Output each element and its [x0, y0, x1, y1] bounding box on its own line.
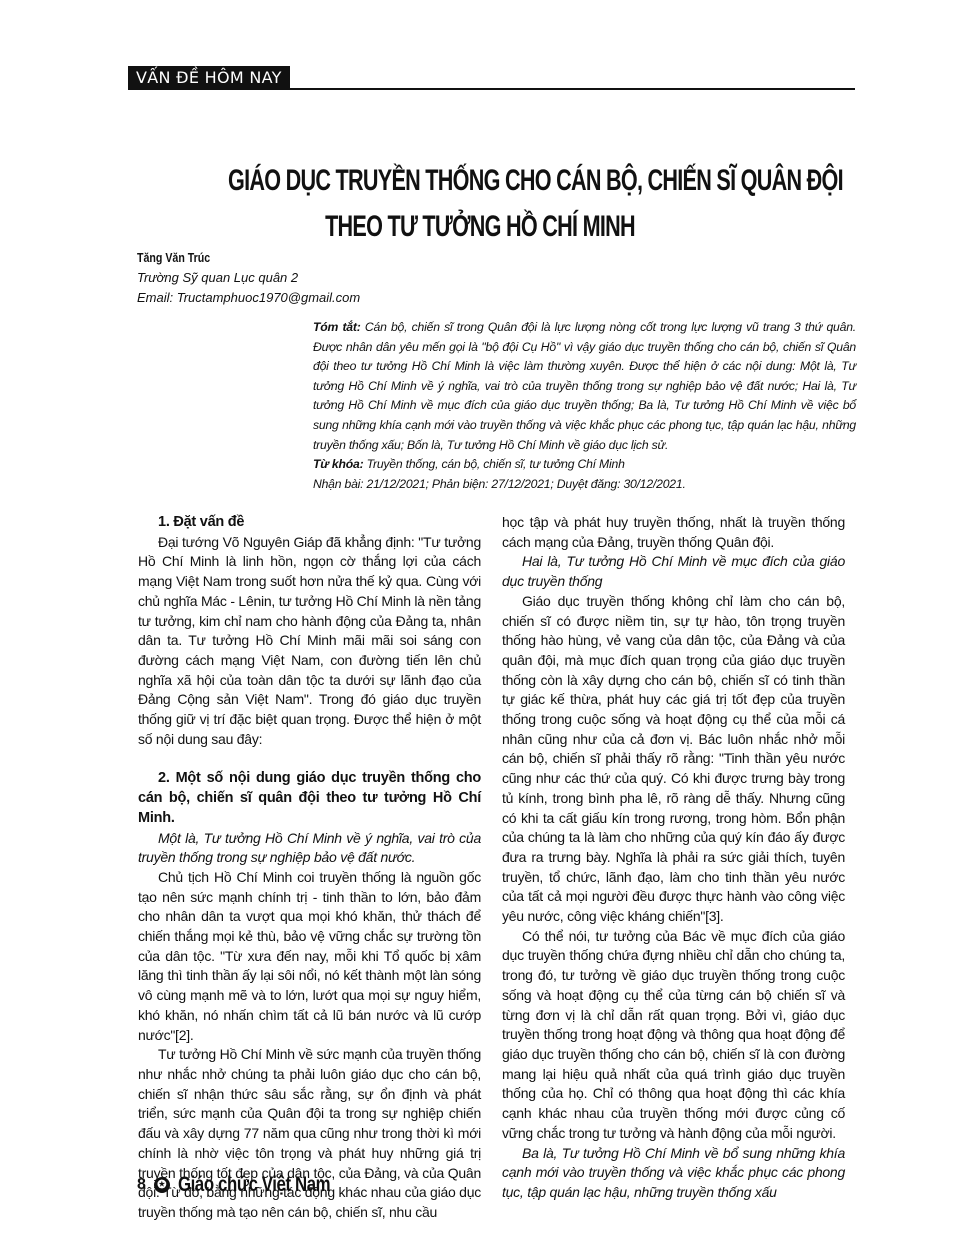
keywords-text: Truyền thống, cán bộ, chiến sĩ, tư tưởng… [363, 457, 624, 471]
title-line-1: GIÁO DỤC TRUYỀN THỐNG CHO CÁN BỘ, CHIẾN … [228, 158, 732, 204]
author-email: Email: Tructamphuoc1970@gmail.com [137, 288, 360, 308]
author-block: Tăng Văn Trúc Trường Sỹ quan Lục quân 2 … [137, 248, 360, 308]
page-footer: 8 ✪ Giáo chức Việt Nam [137, 1172, 368, 1198]
page-number: 8 [137, 1172, 146, 1198]
title-line-2: THEO TƯ TƯỞNG HỒ CHÍ MINH [228, 204, 732, 250]
magazine-name: Giáo chức Việt Nam [178, 1172, 330, 1198]
section-heading-2: 2. Một số nội dung giáo dục truyền thống… [138, 769, 481, 828]
star-icon: ✪ [154, 1177, 170, 1193]
body-paragraph: Chủ tịch Hồ Chí Minh coi truyền thống là… [138, 868, 481, 1045]
section-label: VẤN ĐỀ HÔM NAY [128, 66, 290, 90]
body-paragraph-continued: học tập và phát huy truyền thống, nhất l… [502, 513, 845, 552]
subsection-heading-2: Hai là, Tư tưởng Hồ Chí Minh về mục đích… [502, 552, 845, 591]
author-affiliation: Trường Sỹ quan Lục quân 2 [137, 268, 360, 288]
abstract-text: Cán bộ, chiến sĩ trong Quân đội là lực l… [313, 320, 856, 452]
abstract-paragraph: Tóm tắt: Cán bộ, chiến sĩ trong Quân đội… [313, 318, 856, 455]
subsection-heading-1: Một là, Tư tưởng Hồ Chí Minh về ý nghĩa,… [138, 829, 481, 868]
section-header-bar: VẤN ĐỀ HÔM NAY [128, 66, 855, 90]
article-title: GIÁO DỤC TRUYỀN THỐNG CHO CÁN BỘ, CHIẾN … [228, 158, 732, 250]
magazine-page: VẤN ĐỀ HÔM NAY GIÁO DỤC TRUYỀN THỐNG CHO… [0, 0, 969, 1254]
section-heading-1: 1. Đặt vấn đề [138, 513, 481, 533]
body-column-left: 1. Đặt vấn đề Đại tướng Võ Nguyên Giáp đ… [138, 513, 481, 1223]
abstract-block: Tóm tắt: Cán bộ, chiến sĩ trong Quân đội… [313, 318, 856, 494]
body-paragraph: Có thể nói, tư tưởng của Bác về mục đích… [502, 927, 845, 1144]
body-paragraph: Đại tướng Võ Nguyên Giáp đã khẳng định: … [138, 533, 481, 750]
article-dates: Nhận bài: 21/12/2021; Phản biện: 27/12/2… [313, 475, 856, 495]
body-column-right: học tập và phát huy truyền thống, nhất l… [502, 513, 845, 1203]
keywords-paragraph: Từ khóa: Truyền thống, cán bộ, chiến sĩ,… [313, 455, 856, 475]
author-name: Tăng Văn Trúc [137, 248, 327, 268]
subsection-heading-3: Ba là, Tư tưởng Hồ Chí Minh về bổ sung n… [502, 1144, 845, 1203]
keywords-label: Từ khóa: [313, 457, 363, 471]
abstract-label: Tóm tắt: [313, 320, 361, 334]
body-paragraph: Giáo dục truyền thống không chỉ làm cho … [502, 592, 845, 927]
